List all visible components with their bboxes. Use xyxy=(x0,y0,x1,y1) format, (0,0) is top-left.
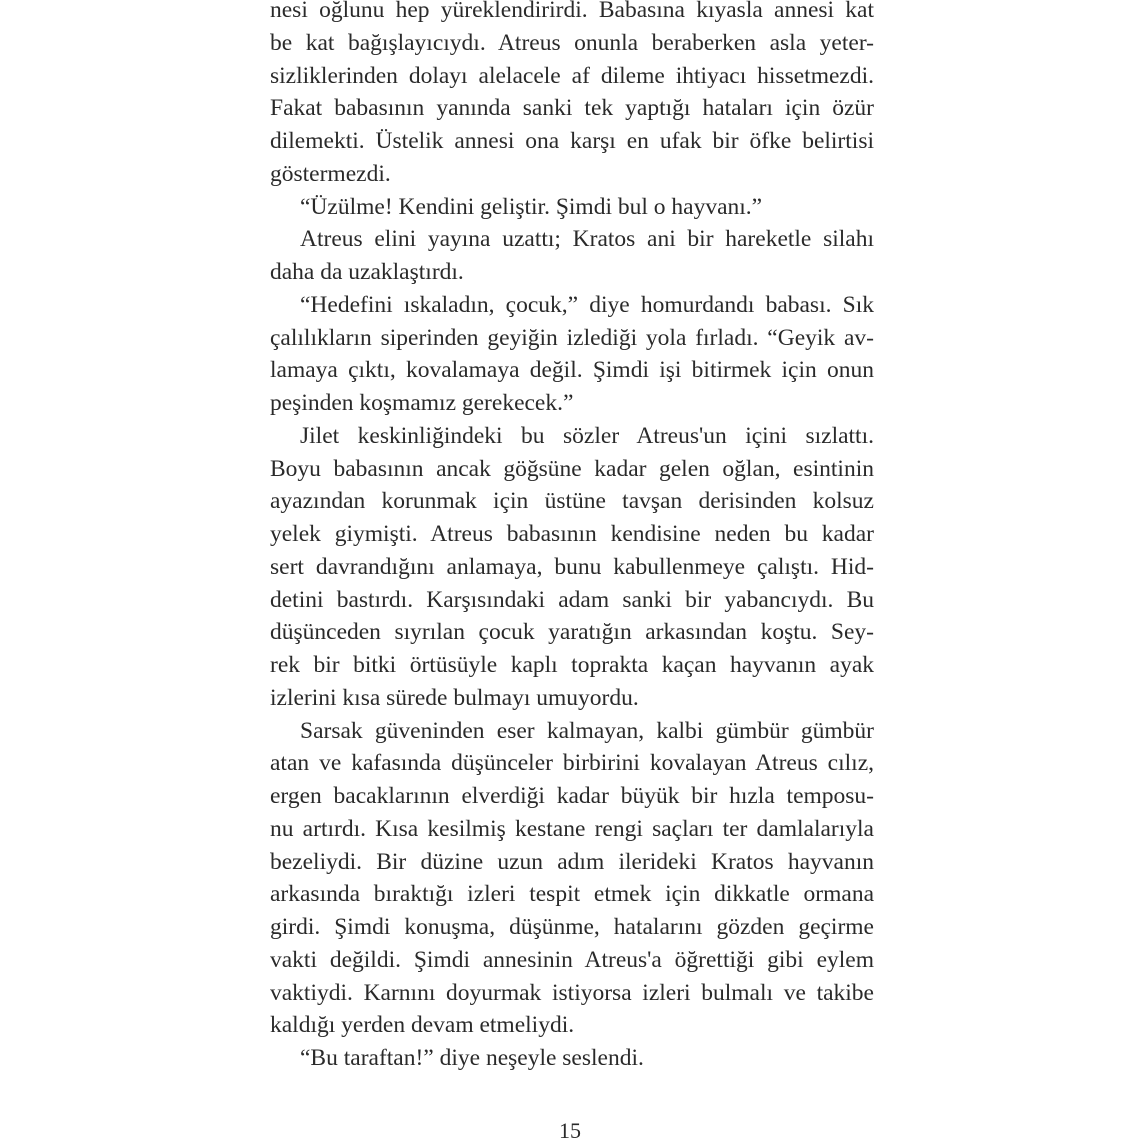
text-line: rek bir bitki örtüsüyle kaplı toprakta k… xyxy=(270,649,874,682)
text-line: çalılıkların siperinden geyiğin izlediği… xyxy=(270,322,874,355)
paragraph: Jilet keskinliğindeki bu sözler Atreus'u… xyxy=(270,420,874,715)
text-line: ergen bacaklarının elverdiği kadar büyük… xyxy=(270,780,874,813)
text-line: dilemekti. Üstelik annesi ona karşı en u… xyxy=(270,125,874,158)
text-line: ayazından korunmak için üstüne tavşan de… xyxy=(270,485,874,518)
page-number: 15 xyxy=(0,1118,1140,1140)
text-line: arkasında bıraktığı izleri tespit etmek … xyxy=(270,878,874,911)
text-line: “Hedefini ıskaladın, çocuk,” diye homurd… xyxy=(270,289,874,322)
paragraph: “Hedefini ıskaladın, çocuk,” diye homurd… xyxy=(270,289,874,420)
paragraph: nesi oğlunu hep yüreklendirirdi. Babasın… xyxy=(270,0,874,191)
text-line: be kat bağışlayıcıydı. Atreus onunla ber… xyxy=(270,27,874,60)
text-line: “Bu taraftan!” diye neşeyle seslendi. xyxy=(270,1042,874,1075)
paragraph: Atreus elini yayına uzattı; Kratos ani b… xyxy=(270,223,874,289)
text-line: göstermezdi. xyxy=(270,158,874,191)
text-line: atan ve kafasında düşünceler birbirini k… xyxy=(270,747,874,780)
text-line: Atreus elini yayına uzattı; Kratos ani b… xyxy=(270,223,874,256)
text-line: Fakat babasının yanında sanki tek yaptığ… xyxy=(270,92,874,125)
text-line: düşünceden sıyrılan çocuk yaratığın arka… xyxy=(270,616,874,649)
text-line: sizliklerinden dolayı alelacele af dilem… xyxy=(270,60,874,93)
text-line: sert davrandığını anlamaya, bunu kabulle… xyxy=(270,551,874,584)
page-body: nesi oğlunu hep yüreklendirirdi. Babasın… xyxy=(270,0,874,1075)
text-line: nu artırdı. Kısa kesilmiş kestane rengi … xyxy=(270,813,874,846)
text-line: lamaya çıktı, kovalamaya değil. Şimdi iş… xyxy=(270,354,874,387)
text-line: detini bastırdı. Karşısındaki adam sanki… xyxy=(270,584,874,617)
paragraph: “Üzülme! Kendini geliştir. Şimdi bul o h… xyxy=(270,191,874,224)
text-line: daha da uzaklaştırdı. xyxy=(270,256,874,289)
paragraph: Sarsak güveninden eser kalmayan, kalbi g… xyxy=(270,715,874,1043)
text-line: bezeliydi. Bir düzine uzun adım ileridek… xyxy=(270,846,874,879)
text-line: kaldığı yerden devam etmeliydi. xyxy=(270,1009,874,1042)
text-line: nesi oğlunu hep yüreklendirirdi. Babasın… xyxy=(270,0,874,27)
text-line: peşinden koşmamız gerekecek.” xyxy=(270,387,874,420)
text-line: izlerini kısa sürede bulmayı umuyordu. xyxy=(270,682,874,715)
text-line: Sarsak güveninden eser kalmayan, kalbi g… xyxy=(270,715,874,748)
text-line: vakti değildi. Şimdi annesinin Atreus'a … xyxy=(270,944,874,977)
text-line: girdi. Şimdi konuşma, düşünme, hataların… xyxy=(270,911,874,944)
text-line: Boyu babasının ancak göğsüne kadar gelen… xyxy=(270,453,874,486)
text-line: “Üzülme! Kendini geliştir. Şimdi bul o h… xyxy=(270,191,874,224)
text-line: yelek giymişti. Atreus babasının kendisi… xyxy=(270,518,874,551)
text-line: Jilet keskinliğindeki bu sözler Atreus'u… xyxy=(270,420,874,453)
text-line: vaktiydi. Karnını doyurmak istiyorsa izl… xyxy=(270,977,874,1010)
paragraph: “Bu taraftan!” diye neşeyle seslendi. xyxy=(270,1042,874,1075)
